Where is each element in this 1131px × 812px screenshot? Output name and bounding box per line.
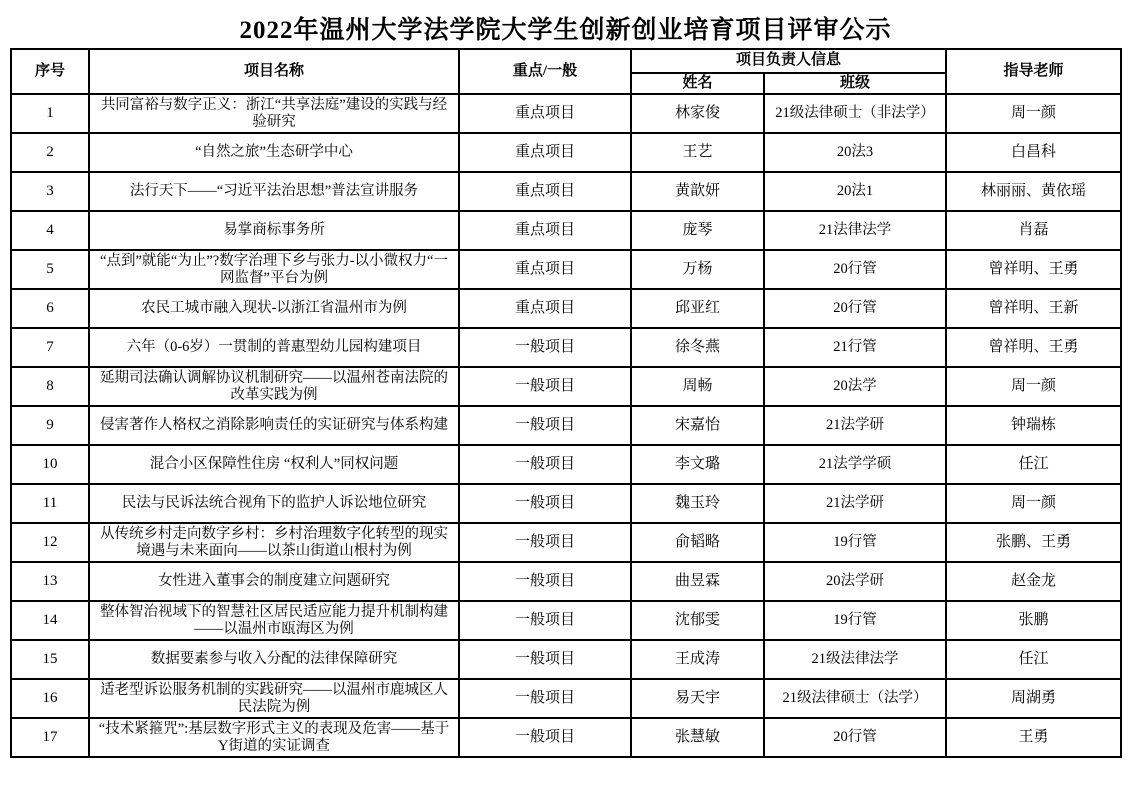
cell-project: 易掌商标事务所 [89,211,459,250]
table-body: 1共同富裕与数字正义：浙江“共享法庭”建设的实践与经验研究重点项目林家俊21级法… [11,94,1121,757]
cell-leader-name: 邱亚红 [631,289,764,328]
cell-leader-name: 王艺 [631,133,764,172]
cell-category: 一般项目 [459,445,631,484]
cell-project: 农民工城市融入现状-以浙江省温州市为例 [89,289,459,328]
cell-advisor: 林丽丽、黄依瑶 [946,172,1121,211]
cell-project: “自然之旅”生态研学中心 [89,133,459,172]
cell-leader-name: 俞韬略 [631,523,764,562]
cell-project: 共同富裕与数字正义：浙江“共享法庭”建设的实践与经验研究 [89,94,459,133]
cell-category: 一般项目 [459,523,631,562]
cell-leader-name: 易天宇 [631,679,764,718]
cell-project: 女性进入董事会的制度建立问题研究 [89,562,459,601]
cell-category: 一般项目 [459,562,631,601]
cell-category: 重点项目 [459,289,631,328]
cell-project: 延期司法确认调解协议机制研究——以温州苍南法院的改革实践为例 [89,367,459,406]
cell-leader-name: 李文璐 [631,445,764,484]
header-project-name: 项目名称 [89,49,459,94]
cell-advisor: 周一颜 [946,484,1121,523]
cell-leader-name: 宋嘉怡 [631,406,764,445]
table-row: 17“技术紧箍咒”:基层数字形式主义的表现及危害——基于Y街道的实证调查一般项目… [11,718,1121,757]
cell-seq: 12 [11,523,89,562]
cell-class: 21法律法学 [764,211,946,250]
cell-category: 一般项目 [459,601,631,640]
cell-class: 21法学学硕 [764,445,946,484]
cell-class: 20法1 [764,172,946,211]
table-row: 15数据要素参与收入分配的法律保障研究一般项目王成涛21级法律法学任江 [11,640,1121,679]
cell-class: 19行管 [764,523,946,562]
cell-advisor: 王勇 [946,718,1121,757]
header-leader-class: 班级 [764,73,946,94]
cell-seq: 9 [11,406,89,445]
cell-advisor: 钟瑞栋 [946,406,1121,445]
cell-advisor: 曾祥明、王新 [946,289,1121,328]
table-row: 13女性进入董事会的制度建立问题研究一般项目曲昱霖20法学研赵金龙 [11,562,1121,601]
cell-class: 20法学 [764,367,946,406]
table-row: 10混合小区保障性住房 “权利人”同权问题一般项目李文璐21法学学硕任江 [11,445,1121,484]
header-advisor: 指导老师 [946,49,1121,94]
cell-leader-name: 万杨 [631,250,764,289]
cell-advisor: 周湖勇 [946,679,1121,718]
page-title: 2022年温州大学法学院大学生创新创业培育项目评审公示 [10,8,1121,48]
cell-project: “点到”就能“为止”?数字治理下乡与张力-以小微权力“一网监督”平台为例 [89,250,459,289]
cell-leader-name: 周畅 [631,367,764,406]
cell-category: 重点项目 [459,172,631,211]
cell-class: 20法学研 [764,562,946,601]
table-row: 1共同富裕与数字正义：浙江“共享法庭”建设的实践与经验研究重点项目林家俊21级法… [11,94,1121,133]
cell-project: 侵害著作人格权之消除影响责任的实证研究与体系构建 [89,406,459,445]
cell-category: 一般项目 [459,679,631,718]
table-row: 3法行天下——“习近平法治思想”普法宣讲服务重点项目黄歆妍20法1林丽丽、黄依瑶 [11,172,1121,211]
cell-project: 适老型诉讼服务机制的实践研究——以温州市鹿城区人民法院为例 [89,679,459,718]
header-row-top: 序号 项目名称 重点/一般 项目负责人信息 指导老师 [11,49,1121,73]
cell-category: 一般项目 [459,328,631,367]
cell-category: 重点项目 [459,250,631,289]
cell-project: 数据要素参与收入分配的法律保障研究 [89,640,459,679]
header-seq: 序号 [11,49,89,94]
cell-leader-name: 林家俊 [631,94,764,133]
cell-leader-name: 王成涛 [631,640,764,679]
cell-seq: 5 [11,250,89,289]
cell-leader-name: 张慧敏 [631,718,764,757]
table-row: 7六年（0-6岁）一贯制的普惠型幼儿园构建项目一般项目徐冬燕21行管曾祥明、王勇 [11,328,1121,367]
cell-seq: 16 [11,679,89,718]
cell-class: 21行管 [764,328,946,367]
cell-seq: 17 [11,718,89,757]
cell-project: 整体智治视域下的智慧社区居民适应能力提升机制构建——以温州市瓯海区为例 [89,601,459,640]
cell-category: 一般项目 [459,367,631,406]
cell-seq: 11 [11,484,89,523]
cell-advisor: 张鹏、王勇 [946,523,1121,562]
cell-class: 20行管 [764,250,946,289]
cell-leader-name: 沈郁雯 [631,601,764,640]
table-header: 序号 项目名称 重点/一般 项目负责人信息 指导老师 姓名 班级 [11,49,1121,94]
cell-seq: 10 [11,445,89,484]
header-leader-name: 姓名 [631,73,764,94]
cell-class: 19行管 [764,601,946,640]
cell-category: 一般项目 [459,406,631,445]
header-leader-info: 项目负责人信息 [631,49,946,73]
cell-class: 21级法律硕士（法学） [764,679,946,718]
cell-leader-name: 魏玉玲 [631,484,764,523]
cell-class: 20行管 [764,718,946,757]
cell-class: 21级法律法学 [764,640,946,679]
cell-class: 21法学研 [764,484,946,523]
table-row: 2“自然之旅”生态研学中心重点项目王艺20法3白昌科 [11,133,1121,172]
cell-project: 民法与民诉法统合视角下的监护人诉讼地位研究 [89,484,459,523]
cell-category: 一般项目 [459,484,631,523]
cell-seq: 4 [11,211,89,250]
cell-category: 重点项目 [459,94,631,133]
table-row: 11民法与民诉法统合视角下的监护人诉讼地位研究一般项目魏玉玲21法学研周一颜 [11,484,1121,523]
cell-advisor: 肖磊 [946,211,1121,250]
cell-category: 重点项目 [459,133,631,172]
cell-class: 21级法律硕士（非法学） [764,94,946,133]
cell-category: 一般项目 [459,718,631,757]
table-row: 12从传统乡村走向数字乡村：乡村治理数字化转型的现实境遇与未来面向——以茶山街道… [11,523,1121,562]
cell-project: “技术紧箍咒”:基层数字形式主义的表现及危害——基于Y街道的实证调查 [89,718,459,757]
cell-seq: 1 [11,94,89,133]
table-row: 16适老型诉讼服务机制的实践研究——以温州市鹿城区人民法院为例一般项目易天宇21… [11,679,1121,718]
cell-advisor: 周一颜 [946,94,1121,133]
cell-seq: 7 [11,328,89,367]
cell-advisor: 白昌科 [946,133,1121,172]
cell-project: 六年（0-6岁）一贯制的普惠型幼儿园构建项目 [89,328,459,367]
header-category: 重点/一般 [459,49,631,94]
cell-leader-name: 黄歆妍 [631,172,764,211]
cell-seq: 6 [11,289,89,328]
cell-class: 21法学研 [764,406,946,445]
document: 2022年温州大学法学院大学生创新创业培育项目评审公示 序号 项目名称 重点/一… [0,0,1131,812]
cell-project: 从传统乡村走向数字乡村：乡村治理数字化转型的现实境遇与未来面向——以茶山街道山根… [89,523,459,562]
cell-advisor: 任江 [946,640,1121,679]
cell-advisor: 赵金龙 [946,562,1121,601]
table-row: 8延期司法确认调解协议机制研究——以温州苍南法院的改革实践为例一般项目周畅20法… [11,367,1121,406]
cell-advisor: 张鹏 [946,601,1121,640]
table-row: 4易掌商标事务所重点项目庞琴21法律法学肖磊 [11,211,1121,250]
cell-seq: 13 [11,562,89,601]
table-row: 6农民工城市融入现状-以浙江省温州市为例重点项目邱亚红20行管曾祥明、王新 [11,289,1121,328]
cell-category: 重点项目 [459,211,631,250]
cell-seq: 15 [11,640,89,679]
cell-seq: 2 [11,133,89,172]
cell-class: 20行管 [764,289,946,328]
cell-seq: 3 [11,172,89,211]
table-row: 5“点到”就能“为止”?数字治理下乡与张力-以小微权力“一网监督”平台为例重点项… [11,250,1121,289]
cell-leader-name: 徐冬燕 [631,328,764,367]
cell-class: 20法3 [764,133,946,172]
cell-project: 法行天下——“习近平法治思想”普法宣讲服务 [89,172,459,211]
cell-seq: 8 [11,367,89,406]
cell-project: 混合小区保障性住房 “权利人”同权问题 [89,445,459,484]
cell-category: 一般项目 [459,640,631,679]
cell-advisor: 曾祥明、王勇 [946,250,1121,289]
cell-leader-name: 庞琴 [631,211,764,250]
cell-seq: 14 [11,601,89,640]
projects-table: 序号 项目名称 重点/一般 项目负责人信息 指导老师 姓名 班级 1共同富裕与数… [10,48,1122,758]
cell-advisor: 周一颜 [946,367,1121,406]
table-row: 14整体智治视域下的智慧社区居民适应能力提升机制构建——以温州市瓯海区为例一般项… [11,601,1121,640]
table-row: 9侵害著作人格权之消除影响责任的实证研究与体系构建一般项目宋嘉怡21法学研钟瑞栋 [11,406,1121,445]
cell-advisor: 任江 [946,445,1121,484]
cell-advisor: 曾祥明、王勇 [946,328,1121,367]
cell-leader-name: 曲昱霖 [631,562,764,601]
